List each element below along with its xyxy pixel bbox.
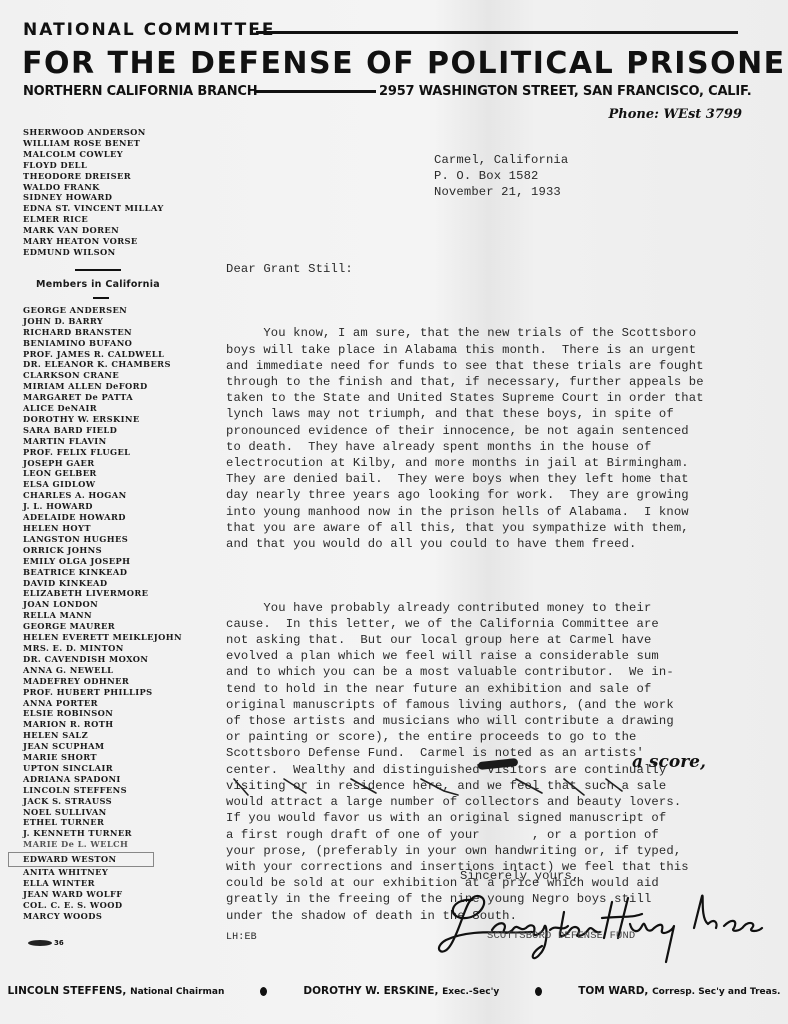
member-name: GEORGE MAURER — [23, 621, 213, 632]
footer-officer: TOM WARD, Corresp. Sec'y and Treas. — [578, 985, 780, 997]
member-name: ELLA WINTER — [23, 878, 213, 889]
officer-role: Exec.-Sec'y — [442, 987, 499, 997]
handwritten-edit-marks — [226, 775, 786, 805]
california-members-list-continued: ANITA WHITNEYELLA WINTERJEAN WARD WOLFFC… — [23, 867, 213, 922]
member-name: ADRIANA SPADONI — [23, 774, 213, 785]
member-name: JEAN SCUPHAM — [23, 741, 213, 752]
member-name: JOSEPH GAER — [23, 458, 213, 469]
member-name: UPTON SINCLAIR — [23, 763, 213, 774]
signature-title: SCOTTSBORO DEFENSE FUND — [487, 930, 635, 942]
member-name: MIRIAM ALLEN DeFORD — [23, 381, 213, 392]
union-label: 36 — [28, 939, 64, 947]
letterhead-national-committee: NATIONAL COMMITTEE — [23, 20, 275, 40]
sidebar-divider — [75, 269, 121, 271]
letterhead-rule — [256, 31, 738, 34]
member-name: SHERWOOD ANDERSON — [23, 127, 213, 138]
member-name: LANGSTON HUGHES — [23, 534, 213, 545]
member-name: MADEFREY ODHNER — [23, 676, 213, 687]
footer-officers: LINCOLN STEFFENS, National Chairman DORO… — [0, 985, 788, 997]
member-name: MARCY WOODS — [23, 911, 213, 922]
member-name: ANNA PORTER — [23, 698, 213, 709]
member-name: HELEN HOYT — [23, 523, 213, 534]
letter-paragraph: You know, I am sure, that the new trials… — [226, 325, 786, 552]
return-address: Carmel, California P. O. Box 1582 Novemb… — [434, 152, 568, 200]
member-name: MARY HEATON VORSE — [23, 236, 213, 247]
bullet-icon — [260, 987, 267, 996]
member-name: MARIE De L. WELCH — [23, 839, 213, 850]
national-members-list: SHERWOOD ANDERSONWILLIAM ROSE BENETMALCO… — [23, 127, 213, 258]
member-name: MARION R. ROTH — [23, 719, 213, 730]
member-name: NOEL SULLIVAN — [23, 807, 213, 818]
member-name: J. KENNETH TURNER — [23, 828, 213, 839]
member-name: EMILY OLGA JOSEPH — [23, 556, 213, 567]
member-name: ELSIE ROBINSON — [23, 708, 213, 719]
member-name: SIDNEY HOWARD — [23, 192, 213, 203]
member-name: COL. C. E. S. WOOD — [23, 900, 213, 911]
california-members-heading: Members in California — [36, 279, 213, 291]
member-name: ANITA WHITNEY — [23, 867, 213, 878]
member-name: ELIZABETH LIVERMORE — [23, 588, 213, 599]
member-name: MARTIN FLAVIN — [23, 436, 213, 447]
letterhead-title: FOR THE DEFENSE OF POLITICAL PRISONERS — [22, 46, 788, 81]
member-name: J. L. HOWARD — [23, 501, 213, 512]
letterhead-phone: Phone: WEst 3799 — [609, 107, 743, 122]
member-name: BENIAMINO BUFANO — [23, 338, 213, 349]
closing: Sincerely yours, — [460, 869, 579, 883]
member-name: MARGARET De PATTA — [23, 392, 213, 403]
member-name: EDNA ST. VINCENT MILLAY — [23, 203, 213, 214]
member-name: PROF. JAMES R. CALDWELL — [23, 349, 213, 360]
member-name: GEORGE ANDERSEN — [23, 305, 213, 316]
highlighted-member: EDWARD WESTON — [9, 853, 153, 866]
member-name: DAVID KINKEAD — [23, 578, 213, 589]
member-name: ALICE DeNAIR — [23, 403, 213, 414]
member-name: JOAN LONDON — [23, 599, 213, 610]
member-name: SARA BARD FIELD — [23, 425, 213, 436]
member-sidebar: SHERWOOD ANDERSONWILLIAM ROSE BENETMALCO… — [23, 127, 213, 922]
letter-page: NATIONAL COMMITTEE FOR THE DEFENSE OF PO… — [0, 0, 788, 1024]
member-name: EDMUND WILSON — [23, 247, 213, 258]
member-name: LINCOLN STEFFENS — [23, 785, 213, 796]
member-name: MARK VAN DOREN — [23, 225, 213, 236]
officer-name: LINCOLN STEFFENS, — [8, 985, 127, 997]
member-name: FLOYD DELL — [23, 160, 213, 171]
member-name: ETHEL TURNER — [23, 817, 213, 828]
member-name: CHARLES A. HOGAN — [23, 490, 213, 501]
member-name: PROF. FELIX FLUGEL — [23, 447, 213, 458]
footer-officer: DOROTHY W. ERSKINE, Exec.-Sec'y — [303, 985, 499, 997]
officer-name: TOM WARD, — [578, 985, 648, 997]
member-name: DR. CAVENDISH MOXON — [23, 654, 213, 665]
union-label-icon — [28, 940, 52, 946]
member-name: MRS. E. D. MINTON — [23, 643, 213, 654]
member-name: ORRICK JOHNS — [23, 545, 213, 556]
signature — [432, 888, 787, 968]
officer-role: National Chairman — [130, 987, 224, 997]
bullet-icon — [535, 987, 542, 996]
member-name: RELLA MANN — [23, 610, 213, 621]
officer-name: DOROTHY W. ERSKINE, — [303, 985, 438, 997]
member-name: THEODORE DREISER — [23, 171, 213, 182]
member-name: JOHN D. BARRY — [23, 316, 213, 327]
member-name: WILLIAM ROSE BENET — [23, 138, 213, 149]
member-name: WALDO FRANK — [23, 182, 213, 193]
member-name: LEON GELBER — [23, 468, 213, 479]
member-name: JEAN WARD WOLFF — [23, 889, 213, 900]
member-name: RICHARD BRANSTEN — [23, 327, 213, 338]
california-members-list: GEORGE ANDERSENJOHN D. BARRYRICHARD BRAN… — [23, 305, 213, 850]
member-name: BEATRICE KINKEAD — [23, 567, 213, 578]
letterhead-branch: NORTHERN CALIFORNIA BRANCH — [23, 84, 257, 99]
member-name: HELEN EVERETT MEIKLEJOHN — [23, 632, 213, 643]
member-name: ELSA GIDLOW — [23, 479, 213, 490]
handwritten-insert: a score, — [632, 752, 706, 772]
member-name: ADELAIDE HOWARD — [23, 512, 213, 523]
letterhead-rule-branch — [256, 90, 376, 93]
member-name: MARIE SHORT — [23, 752, 213, 763]
member-name: PROF. HUBERT PHILLIPS — [23, 687, 213, 698]
member-name: CLARKSON CRANE — [23, 370, 213, 381]
union-label-number: 36 — [54, 939, 64, 947]
salutation: Dear Grant Still: — [226, 262, 353, 276]
member-name: DOROTHY W. ERSKINE — [23, 414, 213, 425]
member-name: MALCOLM COWLEY — [23, 149, 213, 160]
officer-role: Corresp. Sec'y and Treas. — [652, 987, 780, 997]
letterhead-address: 2957 WASHINGTON STREET, SAN FRANCISCO, C… — [379, 84, 752, 99]
member-name: DR. ELEANOR K. CHAMBERS — [23, 359, 213, 370]
member-name: HELEN SALZ — [23, 730, 213, 741]
member-name: JACK S. STRAUSS — [23, 796, 213, 807]
sidebar-divider-small — [93, 297, 109, 299]
member-name: ANNA G. NEWELL — [23, 665, 213, 676]
footer-officer: LINCOLN STEFFENS, National Chairman — [8, 985, 225, 997]
member-name: ELMER RICE — [23, 214, 213, 225]
typist-initials: LH:EB — [226, 932, 257, 943]
